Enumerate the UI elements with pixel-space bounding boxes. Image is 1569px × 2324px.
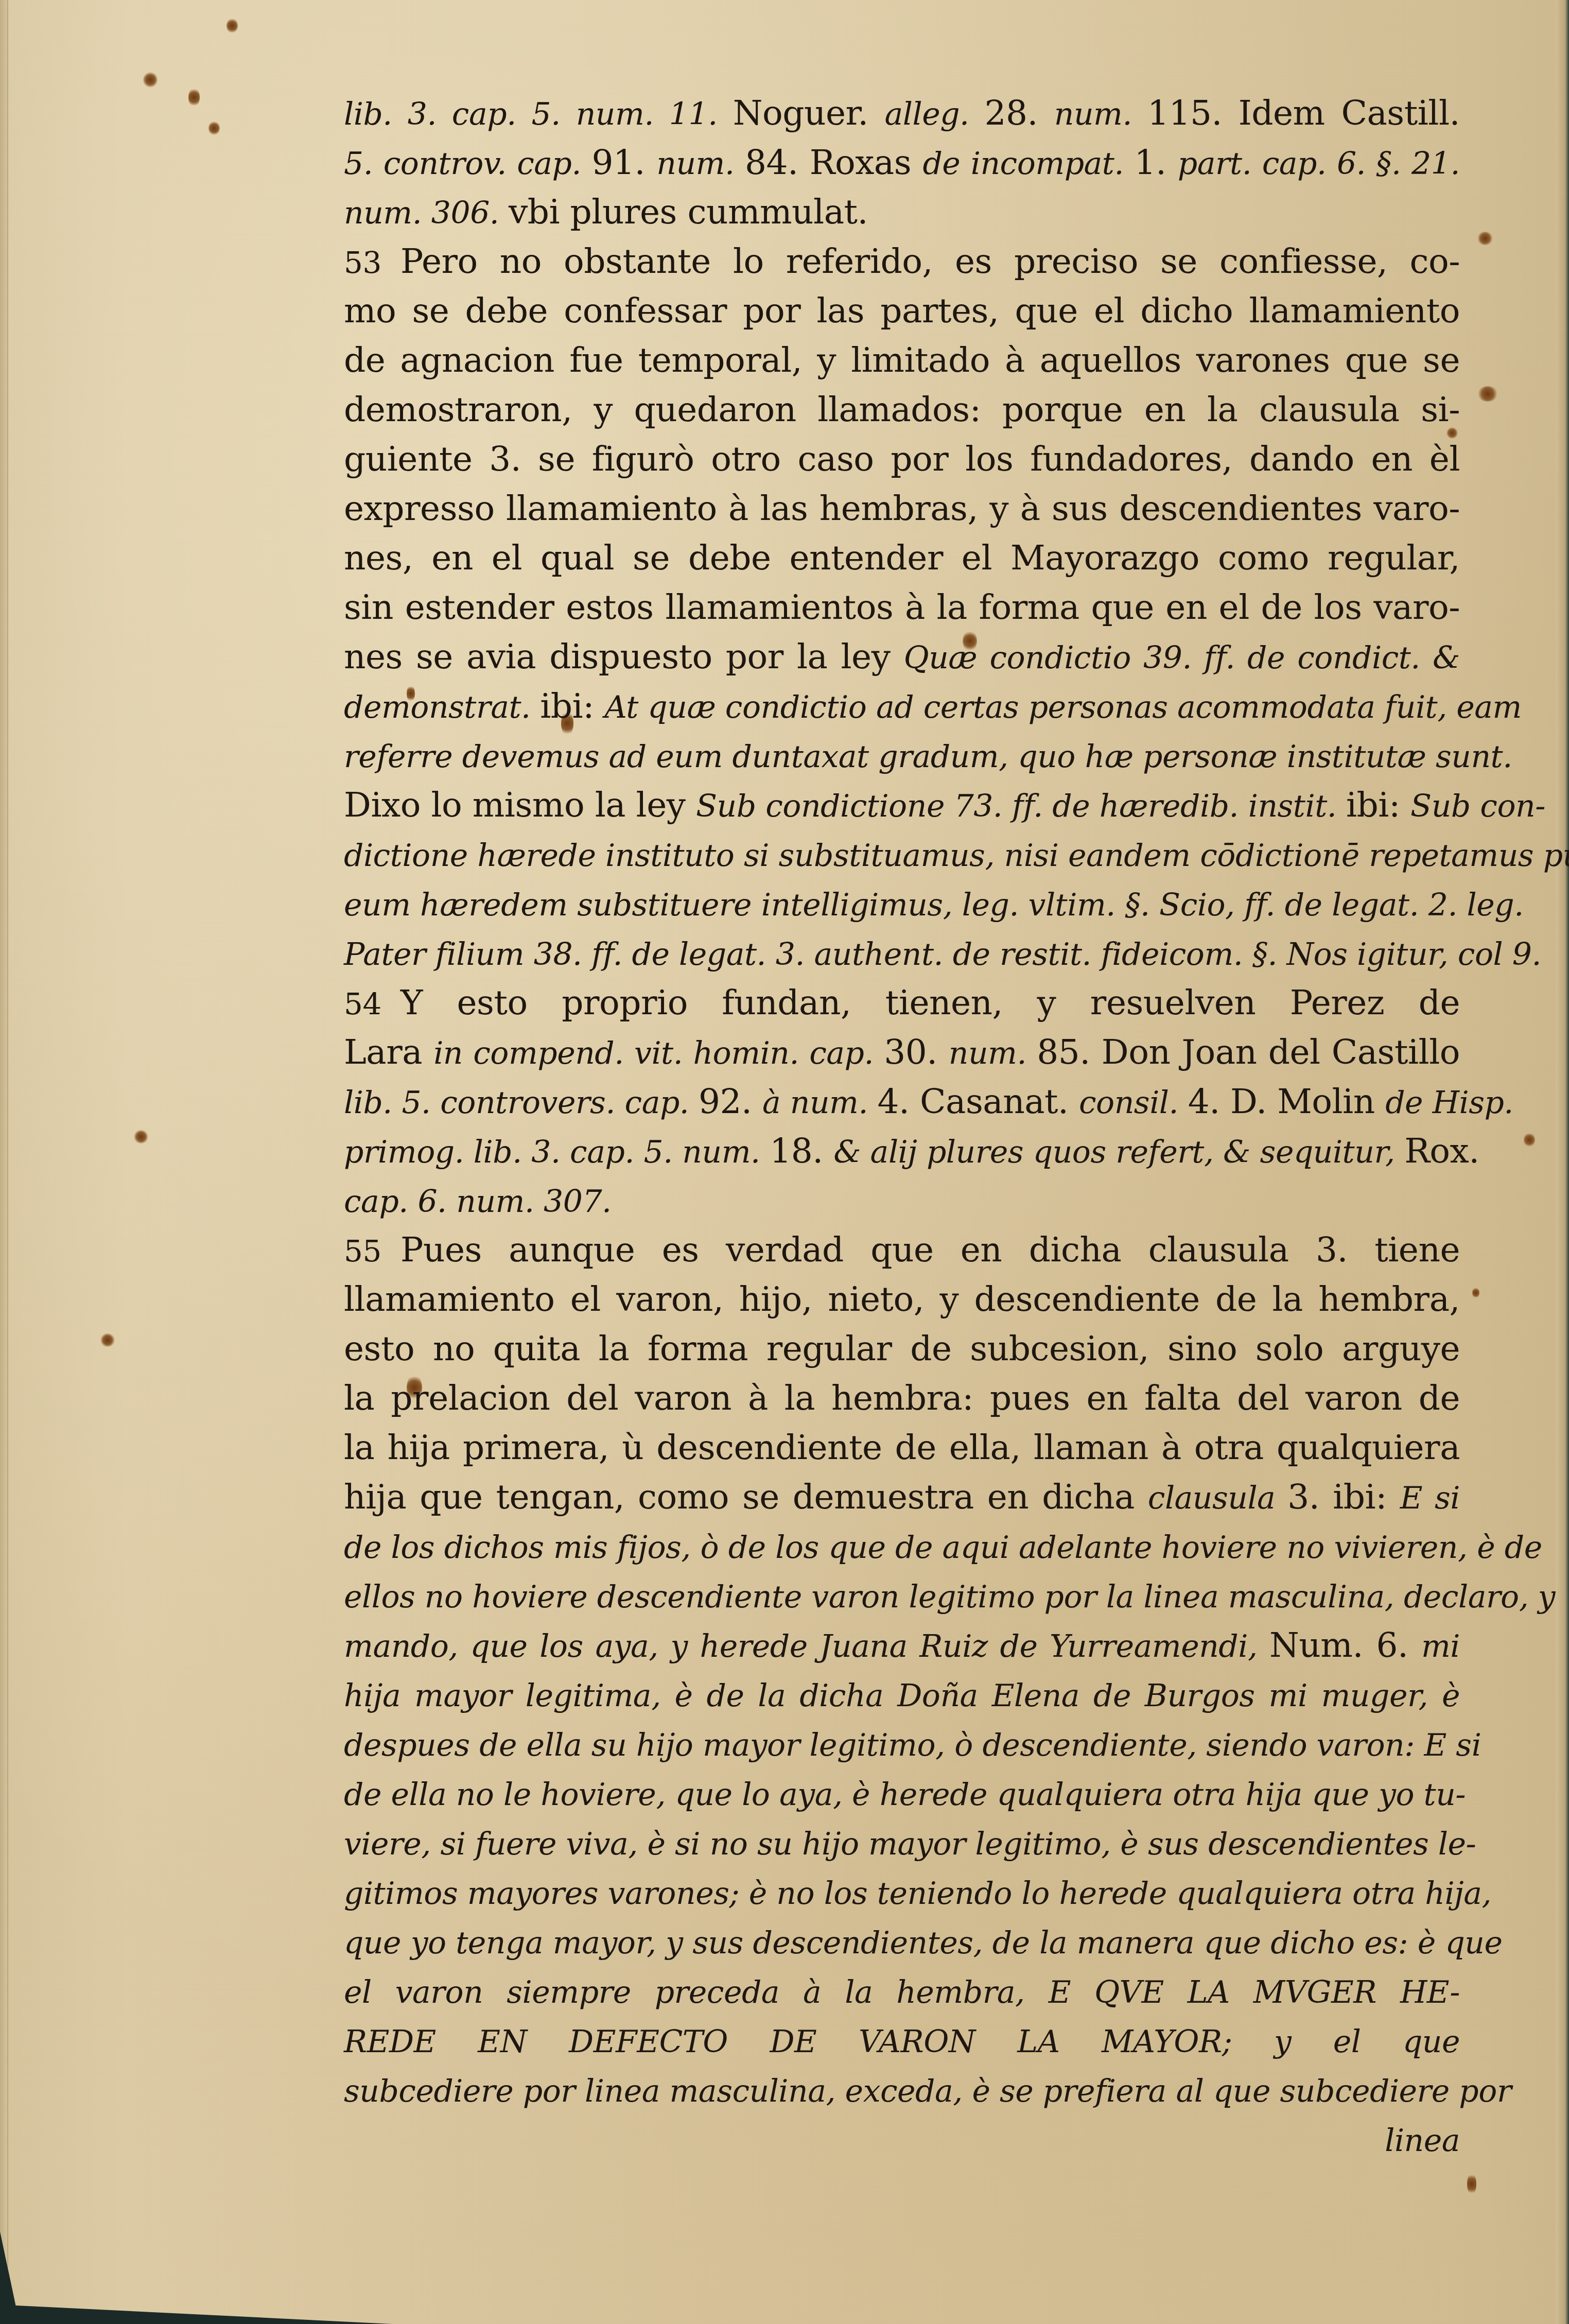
text-line: de los dichos mis fijos, ò de los que de…: [344, 1522, 1460, 1571]
italic-text: viere, si fuere viva, è si no su hijo ma…: [344, 1826, 1476, 1862]
document-body: lib. 3. cap. 5. num. 11. Noguer. alleg. …: [344, 89, 1460, 2164]
text-line: que yo tenga mayor, y sus descendientes,…: [344, 1917, 1460, 1967]
text-line: la hija primera, ù descendiente de ella,…: [344, 1423, 1460, 1472]
italic-text: num.: [656, 146, 745, 182]
foxing-spot: [1524, 1133, 1535, 1147]
roman-text: 1.: [1134, 143, 1177, 182]
text-line: eum hæredem substituere intelligimus, le…: [344, 879, 1460, 929]
italic-text: el varon siempre preceda à la hembra, E …: [344, 1974, 1460, 2010]
roman-text: 91.: [591, 143, 656, 182]
roman-text: de agnacion fue temporal, y limitado à a…: [344, 340, 1460, 380]
roman-text: 18.: [770, 1131, 833, 1171]
roman-text: vbi plures cummulat.: [509, 192, 868, 232]
italic-text: cap. 6. num. 307.: [344, 1184, 612, 1220]
text-line: el varon siempre preceda à la hembra, E …: [344, 1967, 1460, 2016]
page-right-edge: [1556, 0, 1569, 2324]
foxing-spot: [1477, 386, 1498, 402]
page-left-edge: [0, 0, 8, 2324]
roman-text: sin estender estos llamamientos à la for…: [344, 587, 1460, 627]
roman-text: 92.: [699, 1082, 762, 1121]
italic-text: num. 306.: [344, 195, 509, 231]
roman-text: nes se avia dispuesto por la ley: [344, 637, 904, 677]
text-line: Dixo lo mismo la ley Sub condictione 73.…: [344, 781, 1460, 830]
roman-text: llamamiento el varon, hijo, nieto, y des…: [344, 1279, 1460, 1319]
roman-text: guiente 3. se figurò otro caso por los f…: [344, 439, 1460, 479]
italic-text: dictione hærede instituto si substituamu…: [344, 838, 1569, 874]
italic-text: E si: [1400, 1480, 1460, 1516]
roman-text: mo se debe confessar por las partes, que…: [344, 291, 1460, 331]
roman-text: Pero no obstante lo referido, es preciso…: [400, 241, 1460, 281]
roman-text: 3. ibi:: [1287, 1477, 1400, 1517]
italic-text: de los dichos mis fijos, ò de los que de…: [344, 1530, 1542, 1566]
italic-text: part. cap. 6. §. 21.: [1178, 146, 1460, 182]
roman-text: 115. Idem Castill.: [1147, 93, 1460, 133]
italic-text: de ella no le hoviere, que lo aya, è her…: [344, 1777, 1466, 1813]
italic-text: de incompat.: [922, 146, 1134, 182]
text-line: primog. lib. 3. cap. 5. num. 18. & alij …: [344, 1126, 1460, 1176]
text-line: lib. 5. controvers. cap. 92. à num. 4. C…: [344, 1077, 1460, 1126]
text-line: de agnacion fue temporal, y limitado à a…: [344, 336, 1460, 385]
italic-text: in compend. vit. homin. cap.: [433, 1035, 884, 1071]
document-page: lib. 3. cap. 5. num. 11. Noguer. alleg. …: [0, 0, 1569, 2324]
italic-text: Pater filium 38. ff. de legat. 3. authen…: [344, 936, 1541, 973]
foxing-spot: [188, 88, 200, 107]
text-line: esto no quita la forma regular de subces…: [344, 1324, 1460, 1374]
foxing-spot: [1477, 232, 1493, 245]
text-line: demostraron, y quedaron llamados: porque…: [344, 385, 1460, 435]
text-line: 54Y esto proprio fundan, tienen, y resue…: [344, 978, 1460, 1028]
roman-text: nes, en el qual se debe entender el Mayo…: [344, 538, 1460, 578]
italic-text: consil.: [1079, 1085, 1188, 1121]
italic-text: 5. controv. cap.: [344, 146, 591, 182]
text-line: viere, si fuere viva, è si no su hijo ma…: [344, 1818, 1460, 1868]
text-line: llamamiento el varon, hijo, nieto, y des…: [344, 1275, 1460, 1324]
italic-text: subcediere por linea masculina, exceda, …: [344, 2073, 1511, 2109]
foxing-spot: [143, 72, 158, 88]
text-line: nes se avia dispuesto por la ley Quæ con…: [344, 632, 1460, 682]
text-line: nes, en el qual se debe entender el Mayo…: [344, 533, 1460, 583]
roman-text: esto no quita la forma regular de subces…: [344, 1329, 1460, 1368]
foxing-spot: [100, 1333, 115, 1347]
text-line: expresso llamamiento à las hembras, y à …: [344, 484, 1460, 533]
text-line: mando, que los aya, y herede Juana Ruiz …: [344, 1621, 1460, 1670]
italic-text: Sub condictione 73. ff. de hæredib. inst…: [696, 788, 1346, 824]
text-line: la prelacion del varon à la hembra: pues…: [344, 1374, 1460, 1423]
foxing-spot: [1467, 2173, 1476, 2195]
italic-text: primog. lib. 3. cap. 5. num.: [344, 1134, 770, 1170]
roman-text: Pues aunque es verdad que en dicha claus…: [400, 1230, 1460, 1270]
text-line: sin estender estos llamamientos à la for…: [344, 583, 1460, 632]
text-line: ellos no hoviere descendiente varon legi…: [344, 1571, 1460, 1621]
text-line: despues de ella su hijo mayor legitimo, …: [344, 1720, 1460, 1769]
roman-text: Rox.: [1404, 1131, 1479, 1171]
roman-text: 30.: [884, 1032, 949, 1072]
italic-text: demonstrat.: [344, 689, 540, 725]
italic-text: num.: [949, 1035, 1037, 1071]
text-line: demonstrat. ibi: At quæ condictio ad cer…: [344, 682, 1460, 731]
roman-text: 4. D. Molin: [1188, 1082, 1386, 1121]
roman-text: hija que tengan, como se demuestra en di…: [344, 1477, 1148, 1517]
text-line: num. 306. vbi plures cummulat.: [344, 187, 1460, 237]
italic-text: alleg.: [885, 96, 985, 132]
roman-text: Dixo lo mismo la ley: [344, 785, 696, 825]
italic-text: despues de ella su hijo mayor legitimo, …: [344, 1727, 1481, 1763]
italic-text: lib. 3. cap. 5. num. 11.: [344, 96, 733, 132]
italic-text: referre devemus ad eum duntaxat gradum, …: [344, 739, 1512, 775]
italic-text: lib. 5. controvers. cap.: [344, 1085, 699, 1121]
roman-text: la hija primera, ù descendiente de ella,…: [344, 1428, 1460, 1467]
text-line: dictione hærede instituto si substituamu…: [344, 830, 1460, 879]
roman-text: Lara: [344, 1032, 433, 1072]
roman-text: Num. 6.: [1269, 1625, 1421, 1665]
foxing-spot: [134, 1130, 148, 1143]
italic-text: mi: [1421, 1628, 1460, 1664]
text-line: cap. 6. num. 307.: [344, 1176, 1460, 1225]
italic-text: REDE EN DEFECTO DE VARON LA MAYOR; y el …: [344, 2024, 1460, 2060]
roman-text: ibi:: [1346, 785, 1410, 825]
text-line: Lara in compend. vit. homin. cap. 30. nu…: [344, 1028, 1460, 1077]
roman-text: ibi:: [540, 686, 604, 726]
roman-text: 85. Don Joan del Castillo: [1037, 1032, 1460, 1072]
text-line: subcediere por linea masculina, exceda, …: [344, 2066, 1460, 2115]
catchword-text: linea: [1385, 2123, 1460, 2159]
italic-text: de Hisp.: [1385, 1085, 1513, 1121]
roman-text: expresso llamamiento à las hembras, y à …: [344, 489, 1460, 528]
roman-text: demostraron, y quedaron llamados: porque…: [344, 390, 1460, 429]
text-line: 55Pues aunque es verdad que en dicha cla…: [344, 1225, 1460, 1275]
italic-text: num.: [1054, 96, 1147, 132]
italic-text: Quæ condictio 39. ff. de condict. &: [904, 640, 1460, 676]
roman-text: Y esto proprio fundan, tienen, y resuelv…: [400, 983, 1460, 1022]
italic-text: à num.: [762, 1085, 878, 1121]
text-line: REDE EN DEFECTO DE VARON LA MAYOR; y el …: [344, 2016, 1460, 2066]
italic-text: clausula: [1148, 1480, 1288, 1516]
catchword: linea: [344, 2115, 1460, 2164]
italic-text: que yo tenga mayor, y sus descendientes,…: [344, 1925, 1502, 1961]
italic-text: ellos no hoviere descendiente varon legi…: [344, 1579, 1555, 1615]
italic-text: & alij plures quos refert, & sequitur,: [833, 1134, 1404, 1170]
text-line: mo se debe confessar por las partes, que…: [344, 286, 1460, 336]
italic-text: At quæ condictio ad certas personas acom…: [604, 689, 1522, 725]
italic-text: Sub con-: [1410, 788, 1545, 824]
text-line: Pater filium 38. ff. de legat. 3. authen…: [344, 929, 1460, 978]
text-line: de ella no le hoviere, que lo aya, è her…: [344, 1769, 1460, 1818]
text-line: hija que tengan, como se demuestra en di…: [344, 1472, 1460, 1522]
roman-text: 4. Casanat.: [878, 1082, 1079, 1121]
italic-text: gitimos mayores varones; è no los tenien…: [344, 1876, 1491, 1912]
roman-text: Noguer.: [733, 93, 885, 133]
text-line: guiente 3. se figurò otro caso por los f…: [344, 435, 1460, 484]
text-line: referre devemus ad eum duntaxat gradum, …: [344, 731, 1460, 781]
text-line: hija mayor legitima, è de la dicha Doña …: [344, 1670, 1460, 1720]
text-line: lib. 3. cap. 5. num. 11. Noguer. alleg. …: [344, 89, 1460, 138]
text-line: 5. controv. cap. 91. num. 84. Roxas de i…: [344, 138, 1460, 187]
roman-text: la prelacion del varon à la hembra: pues…: [344, 1378, 1460, 1418]
roman-text: 84. Roxas: [745, 143, 922, 182]
roman-text: 28.: [985, 93, 1054, 133]
italic-text: mando, que los aya, y herede Juana Ruiz …: [344, 1628, 1269, 1664]
text-line: 53Pero no obstante lo referido, es preci…: [344, 237, 1460, 286]
foxing-spot: [208, 121, 220, 135]
italic-text: hija mayor legitima, è de la dicha Doña …: [344, 1678, 1460, 1714]
text-line: gitimos mayores varones; è no los tenien…: [344, 1868, 1460, 1917]
foxing-spot: [1472, 1287, 1479, 1298]
italic-text: eum hæredem substituere intelligimus, le…: [344, 887, 1524, 923]
foxing-spot: [226, 18, 238, 33]
